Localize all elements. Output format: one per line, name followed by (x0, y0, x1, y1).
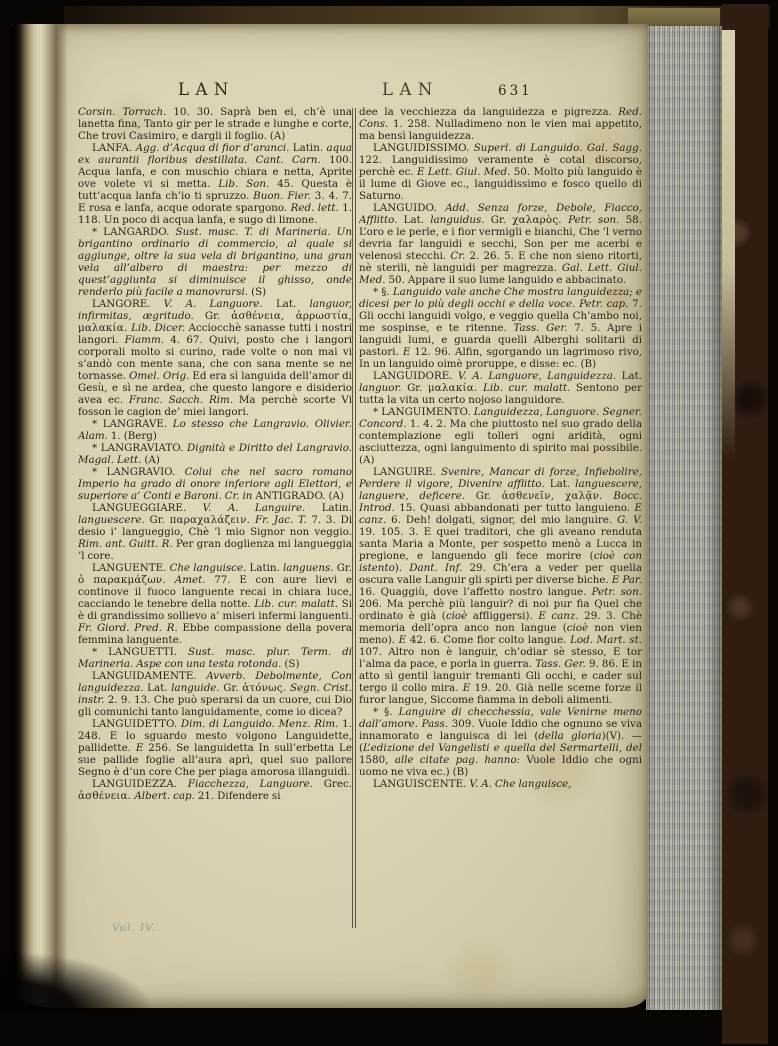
dictionary-entry: LANGUEGGIARE. V. A. Languire. Latin. lan… (78, 502, 352, 562)
running-title-left: LAN (178, 80, 235, 99)
dictionary-entry: * LANGRAVIATO. Dignità e Diritto del Lan… (78, 442, 352, 466)
dictionary-entry: LANGUIDEZZA. Fiacchezza, Languore. Grec.… (78, 778, 352, 802)
dictionary-entry: * LANGUETTI. Sust. masc. plur. Term. di … (78, 646, 352, 670)
scanned-book-photo: LAN LAN 631 Corsin. Torrach. 10. 30. Sap… (0, 0, 778, 1046)
gutter-shadow (0, 952, 150, 1010)
dictionary-entry: LANGUIDO. Add. Senza forze, Debole, Fiac… (359, 202, 642, 286)
dictionary-entry: * LANGARDO. Sust. masc. T. di Marineria.… (78, 226, 352, 298)
volume-signature: Vol. IV. (112, 922, 156, 934)
dictionary-entry: * §. Languido vale anche Che mostra lang… (359, 286, 642, 370)
dictionary-entry: LANGUISCENTE. V. A. Che languisce, (359, 778, 642, 790)
book-page: LAN LAN 631 Corsin. Torrach. 10. 30. Sap… (10, 24, 648, 1008)
dictionary-entry: LANGUIDORE. V. A. Languore, Languidezza.… (359, 370, 642, 406)
book-fore-edge (646, 26, 722, 1010)
dictionary-entry: * LANGUIMENTO. Languidezza, Languore. Se… (359, 406, 642, 466)
dictionary-entry: * LANGRAVIO. Colui che nel sacro romano … (78, 466, 352, 502)
underlying-page-edge (720, 30, 735, 460)
dictionary-entry: * §. Languire di checchessia, vale Venir… (359, 706, 642, 778)
column-divider-rule (352, 108, 356, 928)
dictionary-entry: Corsin. Torrach. 10. 30. Saprà ben ei, c… (78, 106, 352, 142)
dictionary-entry: LANFA. Agg. d’Acqua di fior d’aranci. La… (78, 142, 352, 226)
dictionary-entry: LANGUIRE. Svenire, Mancar di forze, Infi… (359, 466, 642, 706)
dictionary-entry: LANGORE. V. A. Languore. Lat. languor, i… (78, 298, 352, 418)
dictionary-entry: * LANGRAVE. Lo stesso che Langravio. Oli… (78, 418, 352, 442)
dictionary-entry: LANGUIDISSIMO. Superl. di Languido. Gal.… (359, 142, 642, 202)
running-title-right: LAN (382, 80, 439, 99)
dictionary-entry: LANGUIDETTO. Dim. di Languido. Menz. Rim… (78, 718, 352, 778)
text-column-left: Corsin. Torrach. 10. 30. Saprà ben ei, c… (78, 106, 352, 932)
dictionary-entry: LANGUIDAMENTE. Avverb. Debolmente, Con l… (78, 670, 352, 718)
dictionary-entry: dee la vecchiezza da languidezza e pigre… (359, 106, 642, 142)
dictionary-entry: LANGUENTE. Che languisce. Latin. languen… (78, 562, 352, 646)
page-number: 631 (498, 83, 533, 99)
text-column-right: dee la vecchiezza da languidezza e pigre… (359, 106, 642, 932)
